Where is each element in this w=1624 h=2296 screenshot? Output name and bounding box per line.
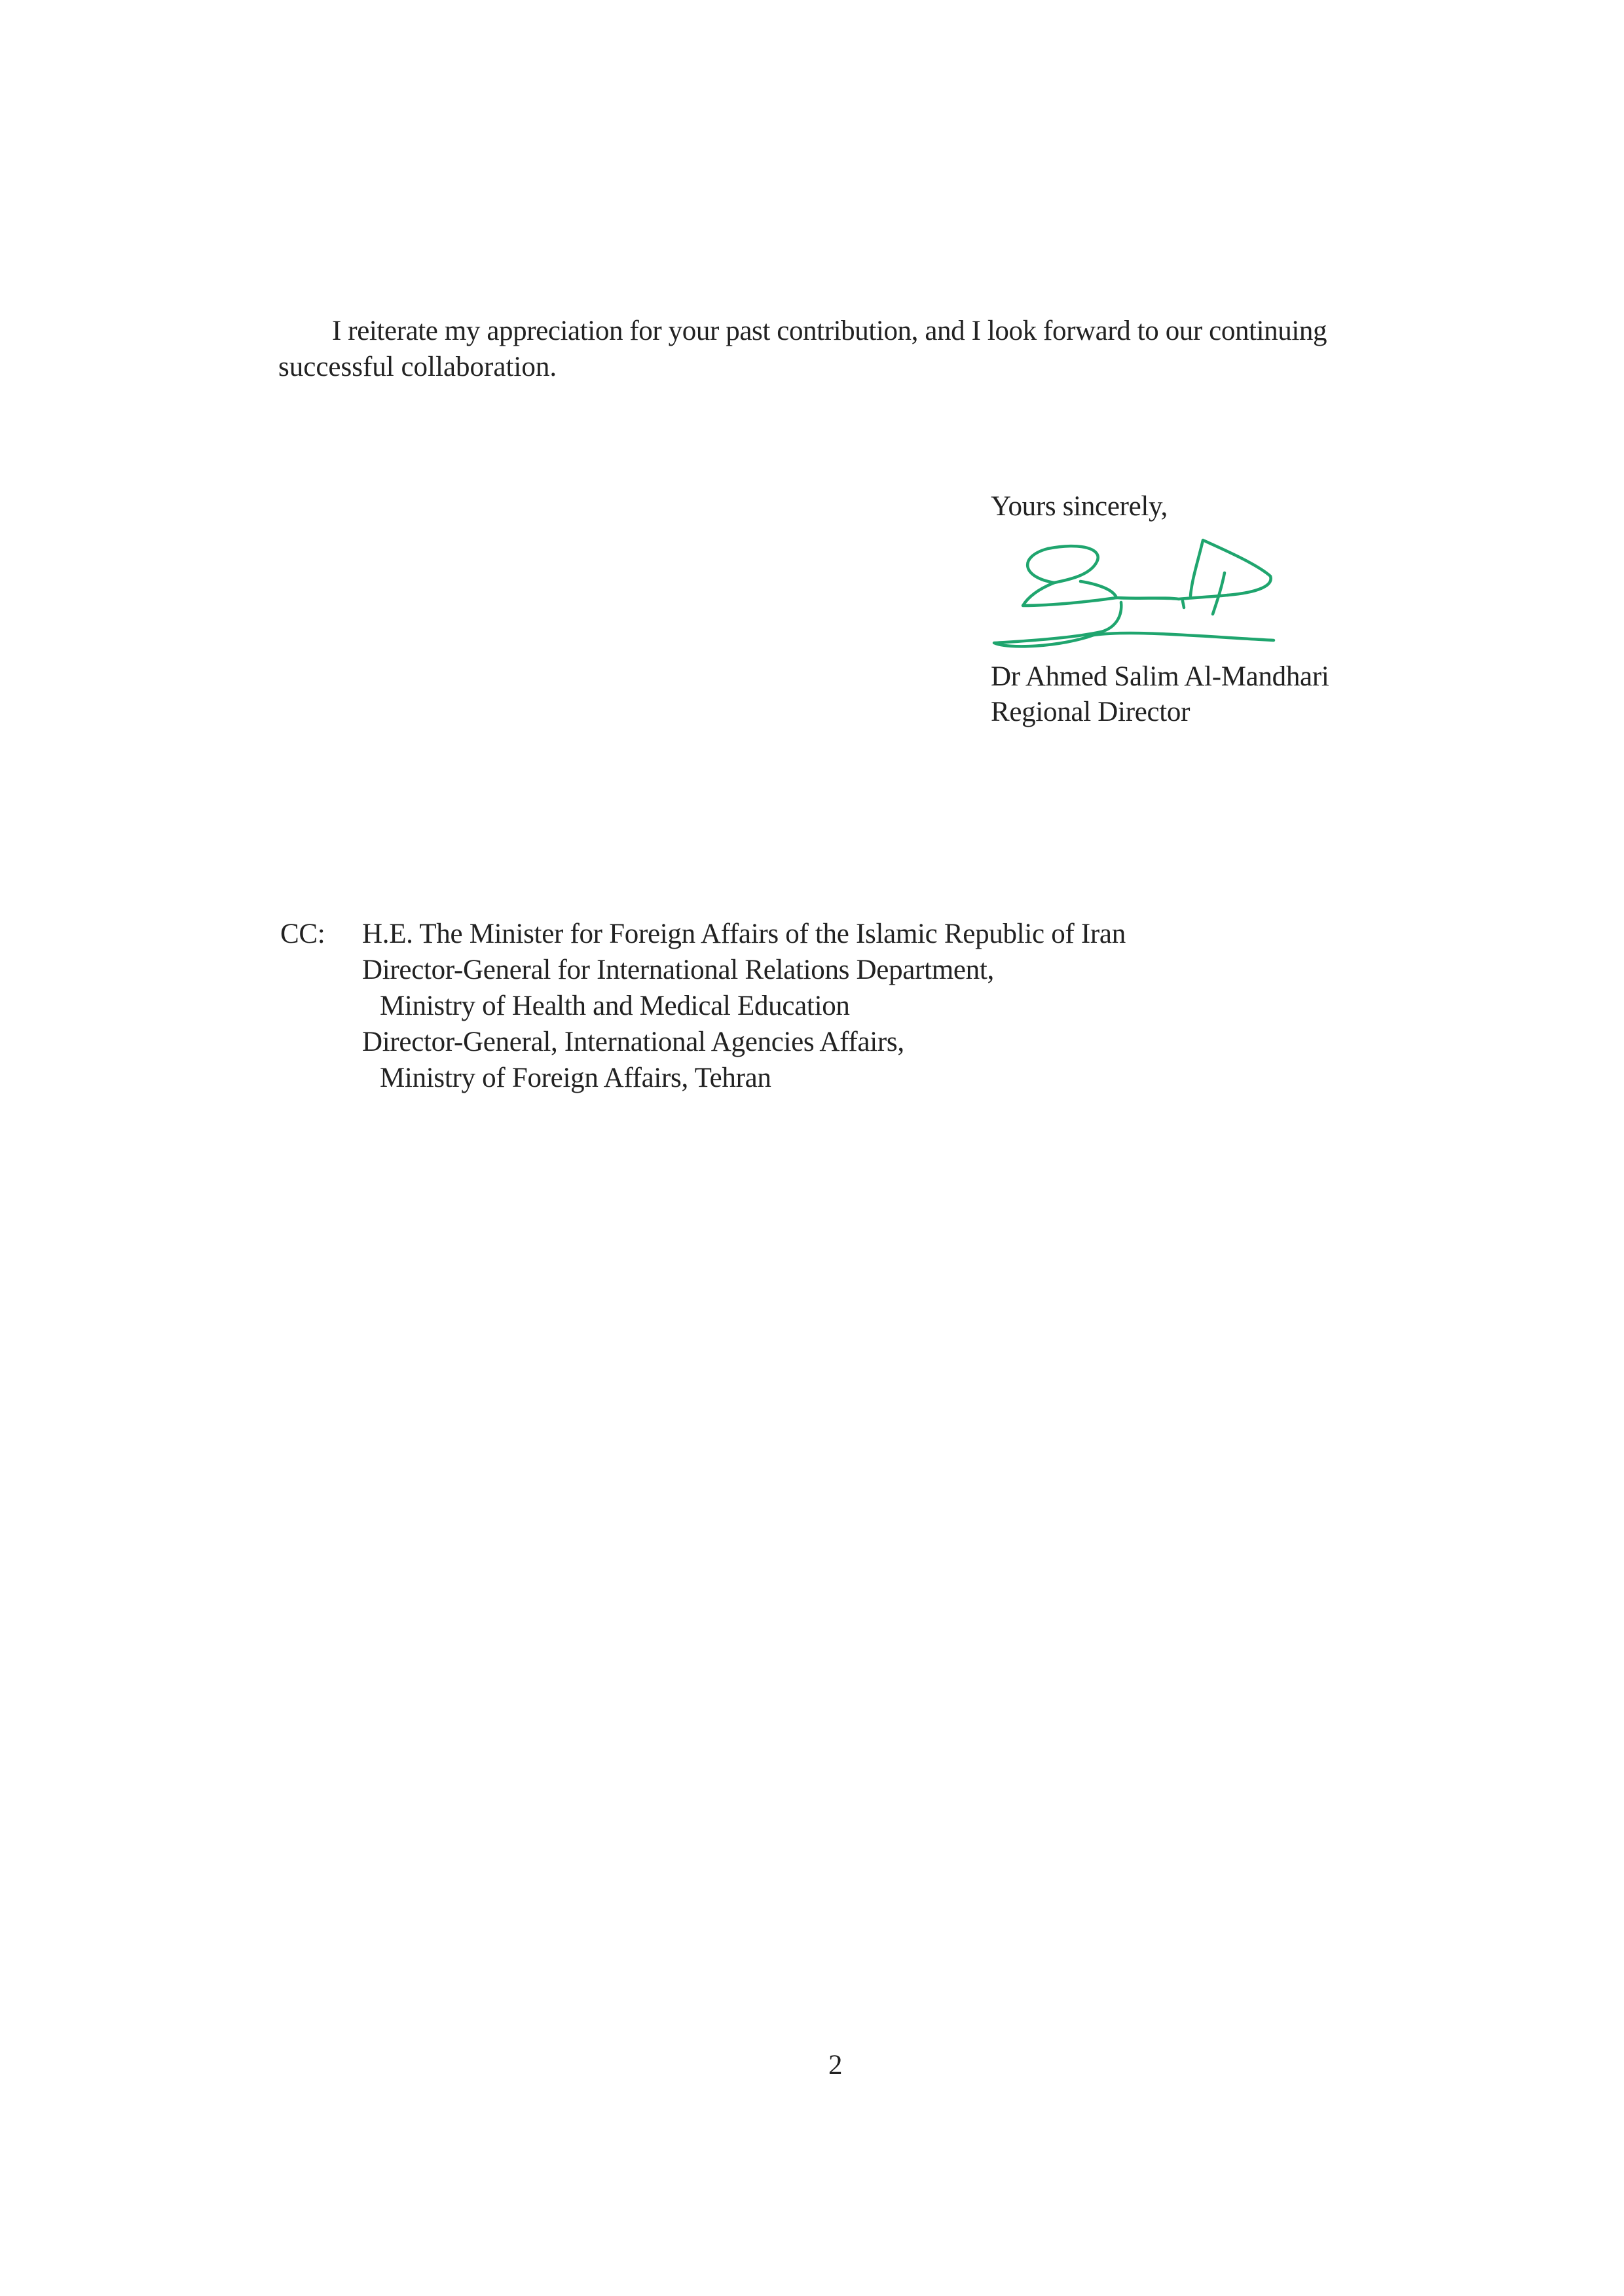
cc-recipient: Director-General for International Relat…	[362, 953, 994, 988]
signer-title: Regional Director	[991, 695, 1190, 730]
signer-name: Dr Ahmed Salim Al-Mandhari	[991, 659, 1329, 695]
cc-label: CC:	[280, 917, 325, 952]
cc-recipient: H.E. The Minister for Foreign Affairs of…	[362, 917, 1126, 952]
paragraph-line-2: successful collaboration.	[278, 349, 1405, 385]
letter-page: I reiterate my appreciation for your pas…	[0, 0, 1624, 2296]
cc-recipient-org: Ministry of Health and Medical Education	[380, 989, 850, 1024]
page-number: 2	[828, 2048, 842, 2083]
paragraph-line-1: I reiterate my appreciation for your pas…	[278, 313, 1405, 349]
closing-paragraph: I reiterate my appreciation for your pas…	[278, 313, 1405, 385]
signature-image	[982, 537, 1283, 655]
salutation: Yours sincerely,	[991, 489, 1168, 524]
cc-recipient-org: Ministry of Foreign Affairs, Tehran	[380, 1061, 771, 1096]
cc-recipient: Director-General, International Agencies…	[362, 1025, 904, 1060]
